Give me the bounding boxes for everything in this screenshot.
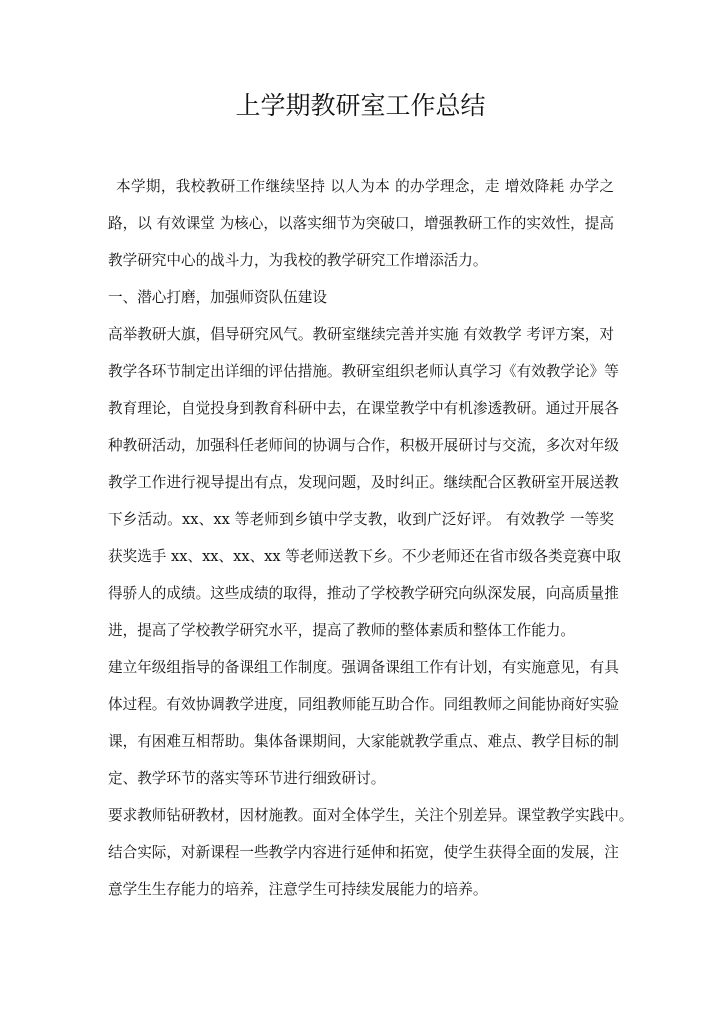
text-line: 教学各环节制定出详细的评估措施。教研室组织老师认真学习《有效教学论》等 <box>108 353 614 390</box>
text-line: 定、教学环节的落实等环节进行细致研讨。 <box>108 760 614 797</box>
section-heading: 一、潜心打磨，加强师资队伍建设 <box>108 279 614 316</box>
text-line: 得骄人的成绩。这些成绩的取得，推动了学校教学研究向纵深发展，向高质量推 <box>108 575 614 612</box>
text-line: 课，有困难互相帮助。集体备课期间，大家能就教学重点、难点、教学目标的制 <box>108 723 614 760</box>
document-body: 本学期，我校教研工作继续坚持 以人为本 的办学理念，走 增效降耗 办学之 路，以… <box>108 168 614 908</box>
text-line: 进，提高了学校教学研究水平，提高了教师的整体素质和整体工作能力。 <box>108 612 614 649</box>
text-line: 高举教研大旗，倡导研究风气。教研室继续完善并实施 有效教学 考评方案，对 <box>108 316 614 353</box>
text-line: 获奖选手 xx、xx、xx、xx 等老师送教下乡。不少老师还在省市级各类竞赛中取 <box>108 538 614 575</box>
text-line: 教学研究中心的战斗力，为我校的教学研究工作增添活力。 <box>108 242 614 279</box>
text-line: 下乡活动。xx、xx 等老师到乡镇中学支教，收到广泛好评。 有效教学 一等奖 <box>108 501 614 538</box>
text-line: 种教研活动，加强科任老师间的协调与合作，积极开展研讨与交流，多次对年级 <box>108 427 614 464</box>
document-page: 上学期教研室工作总结 本学期，我校教研工作继续坚持 以人为本 的办学理念，走 增… <box>0 0 721 1020</box>
text-line: 教学工作进行视导提出有点，发现问题，及时纠正。继续配合区教研室开展送教 <box>108 464 614 501</box>
text-line: 路，以 有效课堂 为核心，以落实细节为突破口，增强教研工作的实效性，提高 <box>108 205 614 242</box>
paragraph-intro: 本学期，我校教研工作继续坚持 以人为本 的办学理念，走 增效降耗 办学之 路，以… <box>108 168 614 279</box>
paragraph-teaching-materials: 要求教师钻研教材，因材施教。面对全体学生，关注个别差异。课堂教学实践中。 结合实… <box>108 797 614 908</box>
text-line: 体过程。有效协调教学进度，同组教师能互助合作。同组教师之间能协商好实验 <box>108 686 614 723</box>
paragraph-teaching-research: 高举教研大旗，倡导研究风气。教研室继续完善并实施 有效教学 考评方案，对 教学各… <box>108 316 614 649</box>
text-line: 结合实际，对新课程一些教学内容进行延伸和拓宽，使学生获得全面的发展，注 <box>108 834 614 871</box>
paragraph-lesson-prep-groups: 建立年级组指导的备课组工作制度。强调备课组工作有计划，有实施意见，有具 体过程。… <box>108 649 614 797</box>
document-title: 上学期教研室工作总结 <box>0 88 721 124</box>
text-line: 要求教师钻研教材，因材施教。面对全体学生，关注个别差异。课堂教学实践中。 <box>108 797 614 834</box>
text-line: 建立年级组指导的备课组工作制度。强调备课组工作有计划，有实施意见，有具 <box>108 649 614 686</box>
text-line: 意学生生存能力的培养，注意学生可持续发展能力的培养。 <box>108 871 614 908</box>
heading-line: 一、潜心打磨，加强师资队伍建设 <box>108 279 614 316</box>
text-line: 教育理论，自觉投身到教育科研中去，在课堂教学中有机渗透教研。通过开展各 <box>108 390 614 427</box>
text-line: 本学期，我校教研工作继续坚持 以人为本 的办学理念，走 增效降耗 办学之 <box>108 168 614 205</box>
